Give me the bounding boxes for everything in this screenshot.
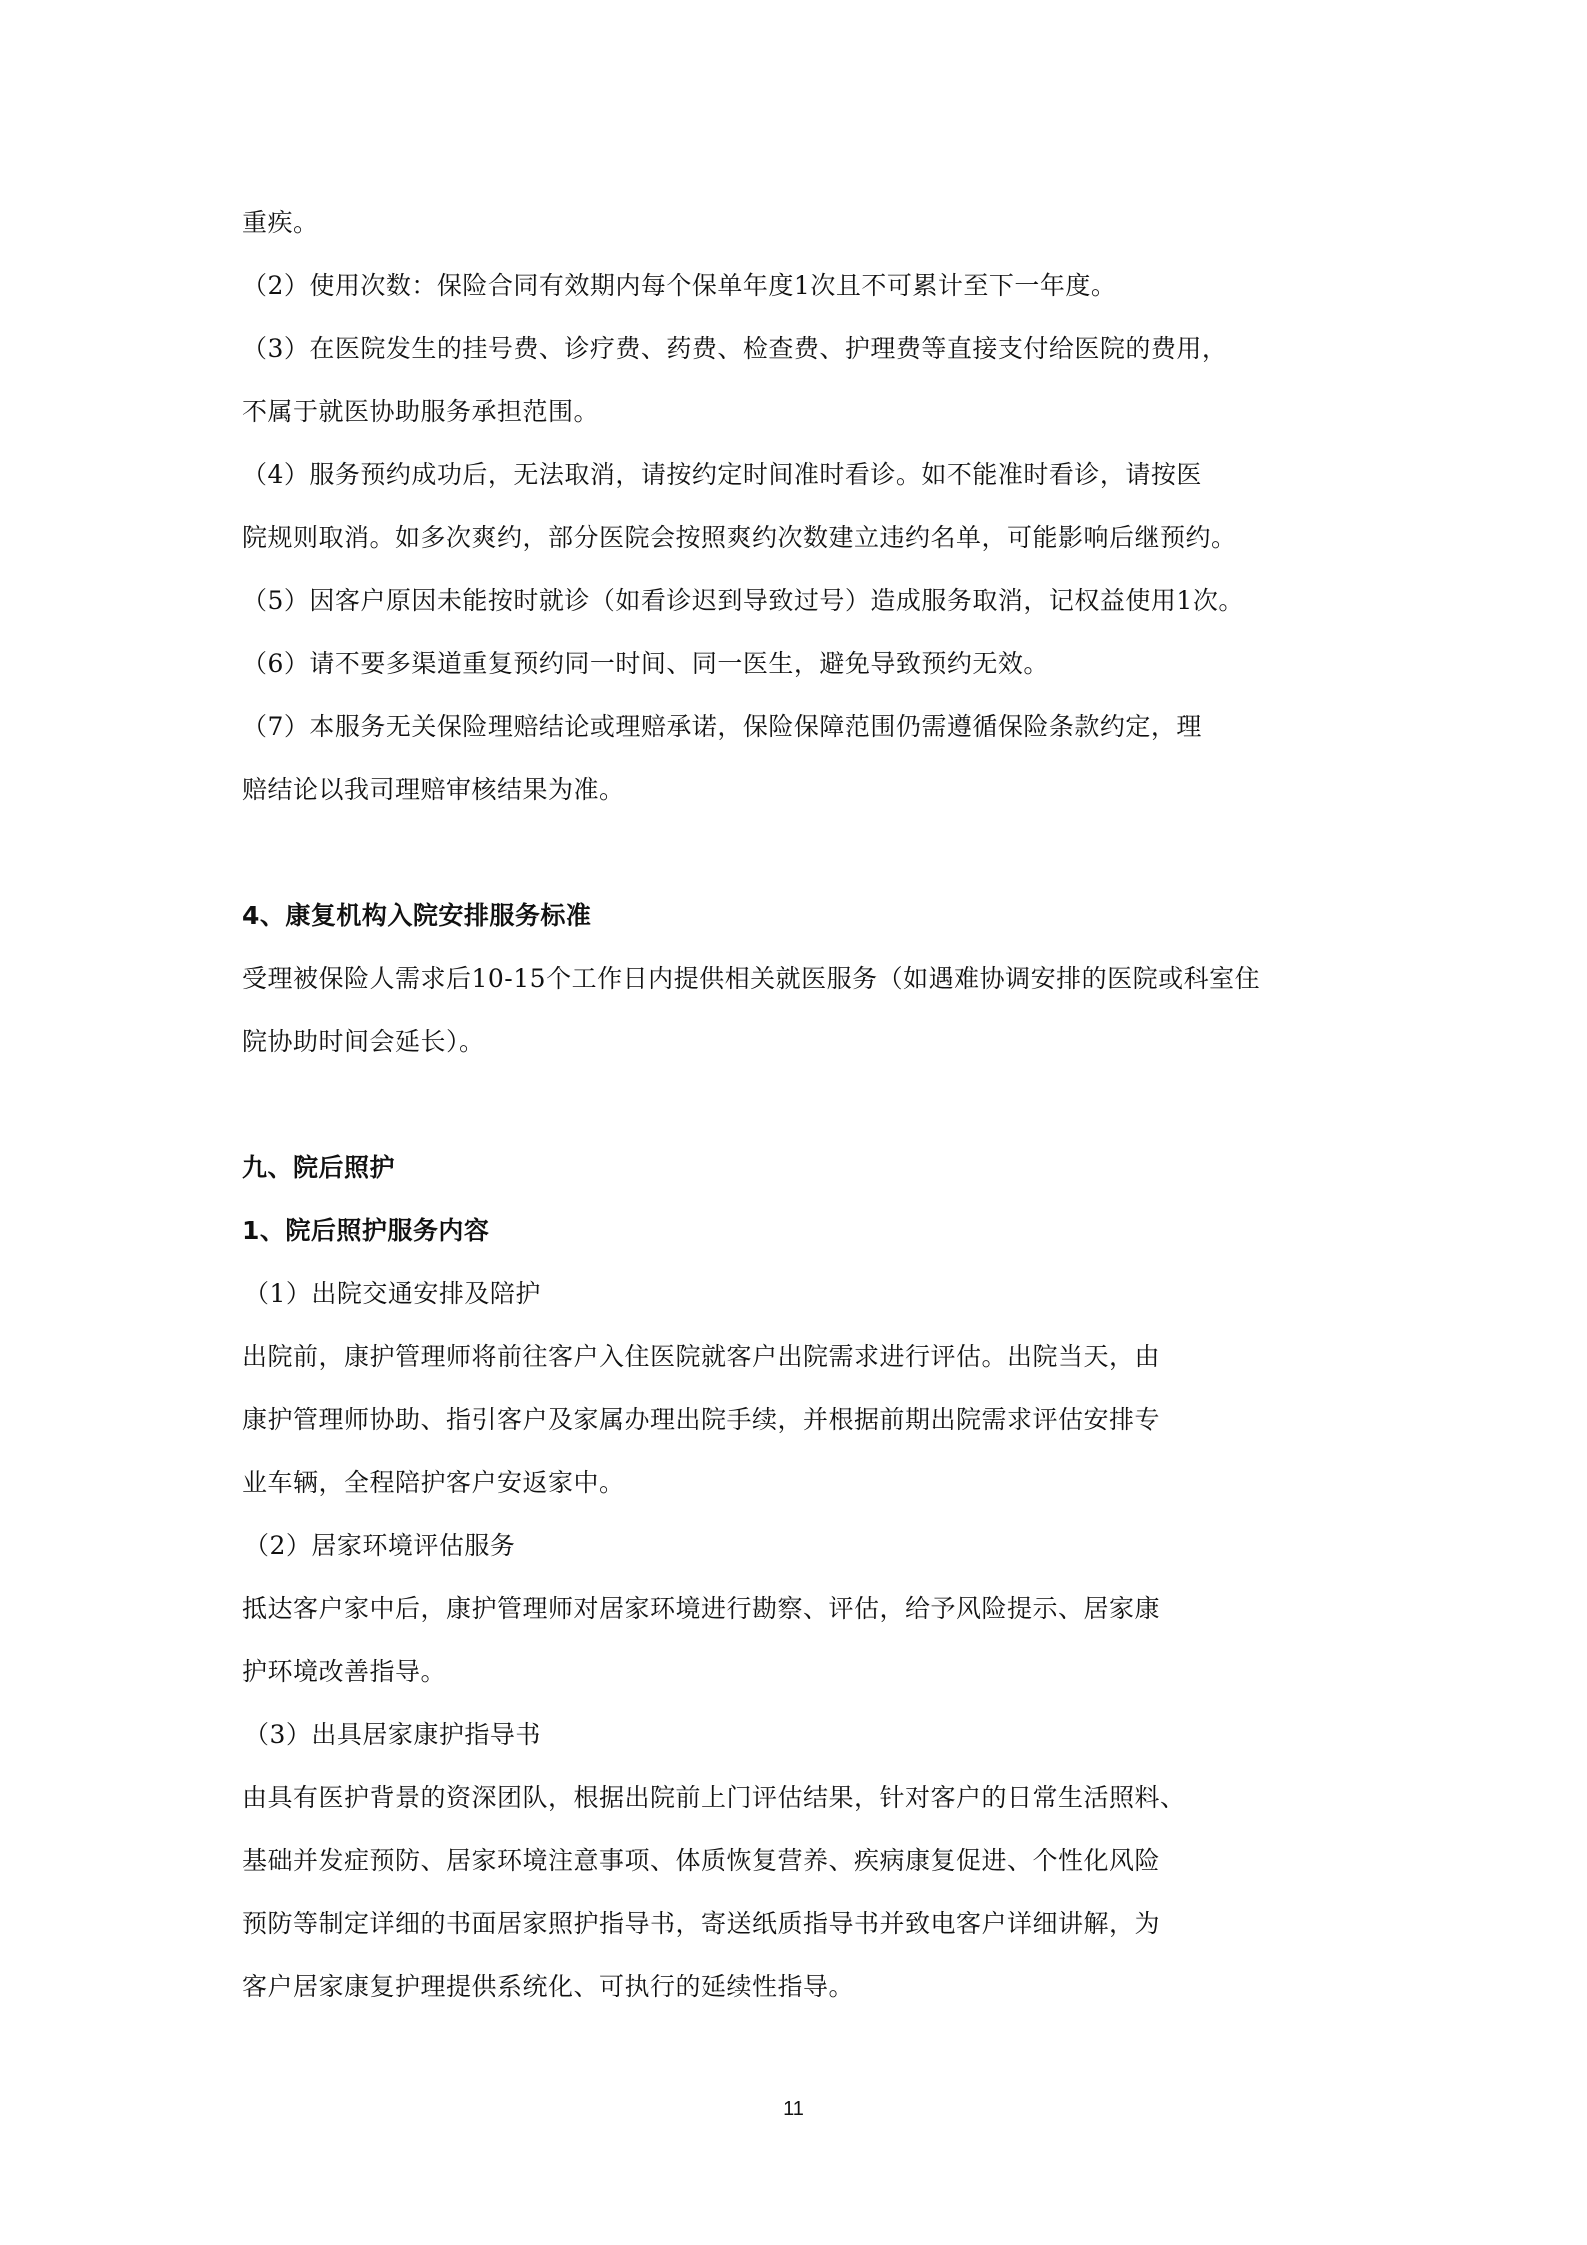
section-heading-service-content: 1、院后照护服务内容 <box>242 1216 489 1246</box>
list-item-duplicate-booking: （6）请不要多渠道重复预约同一时间、同一医生，避免导致预约无效。 <box>242 649 1049 679</box>
list-item-claims-disclaimer: （7）本服务无关保险理赔结论或理赔承诺，保险保障范围仍需遵循保险条款约定，理 <box>242 712 1202 742</box>
paragraph-line: 受理被保险人需求后10-15个工作日内提供相关就医服务（如遇难协调安排的医院或科… <box>242 964 1260 994</box>
paragraph-line: 业车辆，全程陪护客户安返家中。 <box>242 1468 625 1498</box>
subheading-transport: （1）出院交通安排及陪护 <box>244 1279 541 1309</box>
subheading-home-assessment: （2）居家环境评估服务 <box>244 1531 515 1561</box>
paragraph-line: 院协助时间会延长）。 <box>242 1027 485 1057</box>
subheading-care-guide: （3）出具居家康护指导书 <box>244 1720 541 1750</box>
list-item-no-show: （5）因客户原因未能按时就诊（如看诊迟到导致过号）造成服务取消，记权益使用1次。 <box>242 586 1244 616</box>
section-heading-rehab-admission: 4、康复机构入院安排服务标准 <box>242 901 591 931</box>
paragraph-line: 不属于就医协助服务承担范围。 <box>242 397 599 427</box>
paragraph-line: 康护管理师协助、指引客户及家属办理出院手续，并根据前期出院需求评估安排专 <box>242 1405 1160 1435</box>
list-item-fees: （3）在医院发生的挂号费、诊疗费、药费、检查费、护理费等直接支付给医院的费用， <box>242 334 1227 364</box>
chapter-heading-post-discharge-care: 九、院后照护 <box>242 1153 395 1183</box>
list-item-cancellation: （4）服务预约成功后，无法取消，请按约定时间准时看诊。如不能准时看诊，请按医 <box>242 460 1202 490</box>
paragraph-line: 院规则取消。如多次爽约，部分医院会按照爽约次数建立违约名单，可能影响后继预约。 <box>242 523 1237 553</box>
paragraph-line: 赔结论以我司理赔审核结果为准。 <box>242 775 625 805</box>
paragraph-line: 由具有医护背景的资深团队，根据出院前上门评估结果，针对客户的日常生活照料、 <box>242 1783 1186 1813</box>
paragraph-line: 出院前，康护管理师将前往客户入住医院就客户出院需求进行评估。出院当天，由 <box>242 1342 1160 1372</box>
paragraph-line: 基础并发症预防、居家环境注意事项、体质恢复营养、疾病康复促进、个性化风险 <box>242 1846 1160 1876</box>
page-number: 11 <box>0 2098 1587 2121</box>
paragraph-line: 抵达客户家中后，康护管理师对居家环境进行勘察、评估，给予风险提示、居家康 <box>242 1594 1160 1624</box>
document-page: 重疾。 （2）使用次数：保险合同有效期内每个保单年度1次且不可累计至下一年度。 … <box>0 0 1587 2245</box>
paragraph-line: 客户居家康复护理提供系统化、可执行的延续性指导。 <box>242 1972 854 2002</box>
paragraph-line: 护环境改善指导。 <box>242 1657 446 1687</box>
paragraph-line: 预防等制定详细的书面居家照护指导书，寄送纸质指导书并致电客户详细讲解，为 <box>242 1909 1160 1939</box>
list-item-usage-count: （2）使用次数：保险合同有效期内每个保单年度1次且不可累计至下一年度。 <box>242 271 1116 301</box>
paragraph-line: 重疾。 <box>242 208 319 238</box>
